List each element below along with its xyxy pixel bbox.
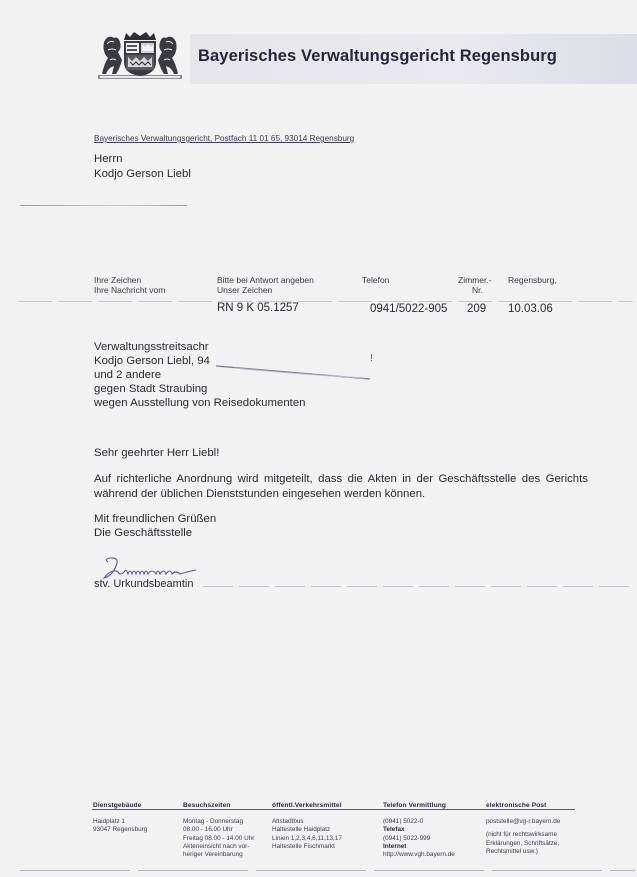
footer-column: BesuchszeitenMontag - Donnerstag08.00 - …	[183, 802, 254, 859]
redaction-trailing-mark: !	[370, 353, 373, 364]
label-zimmer: Zimmer.-	[458, 275, 492, 285]
label-ihre-zeichen: Ihre Zeichen	[94, 275, 141, 285]
label-unser-zeichen: Unser Zeichen	[217, 285, 272, 295]
footer-line: Freitag 08.00 - 14.00 Uhr	[183, 835, 254, 843]
footer-line: Rechtsmittel usw.)	[486, 848, 560, 856]
footer-line: Altstadtbus	[272, 818, 342, 826]
recipient-address: Herrn Kodjo Gerson Liebl	[94, 152, 191, 181]
label-ihre-nachricht: Ihre Nachricht vom	[94, 285, 165, 295]
footer-heading: Besuchszeiten	[183, 802, 254, 810]
footer-line: 08.00 - 16.00 Uhr	[183, 826, 254, 834]
footer-line: http://www.vgh.bayern.de	[383, 851, 455, 859]
redaction-mark	[214, 363, 374, 381]
footer-line: poststelle@vg-r.bayern.de	[486, 818, 560, 826]
footer-line: Internet	[383, 843, 455, 851]
footer-column: DienstgebäudeHaidplatz 193047 Regensburg	[93, 802, 147, 835]
case-line: Verwaltungsstreitsachr	[94, 340, 306, 354]
court-name: Bayerisches Verwaltungsgericht Regensbur…	[198, 47, 557, 66]
signature-divider	[203, 586, 633, 587]
footer-column: öffentl.VerkehrsmittelAltstadtbusHaltest…	[272, 802, 342, 851]
footer-line: Akteneinsicht nach vor-	[183, 843, 254, 851]
address-window-line	[20, 205, 187, 206]
footer-line: (0941) 5022-999	[383, 835, 455, 843]
unser-zeichen-value: RN 9 K 05.1257	[217, 302, 299, 314]
footer-line: (nicht für rechtswirksame	[486, 831, 560, 839]
footer-line: Linien 1,2,3,4,6,11,13,17	[272, 835, 342, 843]
footer-heading: öffentl.Verkehrsmittel	[272, 802, 342, 810]
recipient-salutation: Herrn	[94, 152, 191, 167]
footer-line: Haltestelle Fischmarkt	[272, 843, 342, 851]
footer-line: heriger Vereinbarung	[183, 851, 254, 859]
footer-heading: elektronische Post	[486, 802, 560, 810]
closing: Mit freundlichen Grüßen	[94, 512, 216, 527]
letter-body: Auf richterliche Anordnung wird mitgetei…	[94, 472, 588, 502]
datum-value: 10.03.06	[508, 303, 553, 315]
label-nr: Nr.	[472, 285, 483, 295]
footer-line: (0941) 5022-0	[383, 818, 455, 826]
zimmer-value: 209	[467, 303, 486, 315]
footer-line: Erklärungen, Schriftsätze,	[486, 840, 560, 848]
footer-line: Haltestelle Haidplatz	[272, 826, 342, 834]
footer-heading: Dienstgebäude	[93, 802, 147, 810]
footer-line: Telefax	[383, 826, 455, 834]
bottom-divider	[20, 870, 635, 871]
footer-column: Telefon Vermittlung(0941) 5022-0Telefax(…	[383, 802, 455, 859]
reference-divider	[18, 301, 633, 302]
footer-column: elektronische Postpoststelle@vg-r.bayern…	[486, 802, 560, 856]
footer-heading: Telefon Vermittlung	[383, 802, 455, 810]
footer-line: Haidplatz 1	[93, 818, 147, 826]
case-line: wegen Ausstellung von Reisedokumenten	[94, 396, 306, 410]
recipient-name: Kodjo Gerson Liebl	[94, 167, 191, 182]
greeting: Sehr geehrter Herr Liebl!	[94, 446, 219, 461]
telefon-value: 0941/5022-905	[370, 303, 447, 315]
label-telefon: Telefon	[362, 275, 389, 285]
footer-line: 93047 Regensburg	[93, 826, 147, 834]
label-bitte-angeben: Bitte bei Antwort angeben	[217, 275, 314, 285]
signer-title: stv. Urkundsbeamtin	[94, 578, 193, 590]
label-ort: Regensburg,	[508, 275, 557, 285]
footer-line: Montag - Donnerstag	[183, 818, 254, 826]
sender: Die Geschäftsstelle	[94, 526, 192, 541]
case-line: gegen Stadt Straubing	[94, 382, 306, 396]
coat-of-arms-icon	[98, 30, 182, 80]
return-address: Bayerisches Verwaltungsgericht, Postfach…	[94, 134, 354, 143]
